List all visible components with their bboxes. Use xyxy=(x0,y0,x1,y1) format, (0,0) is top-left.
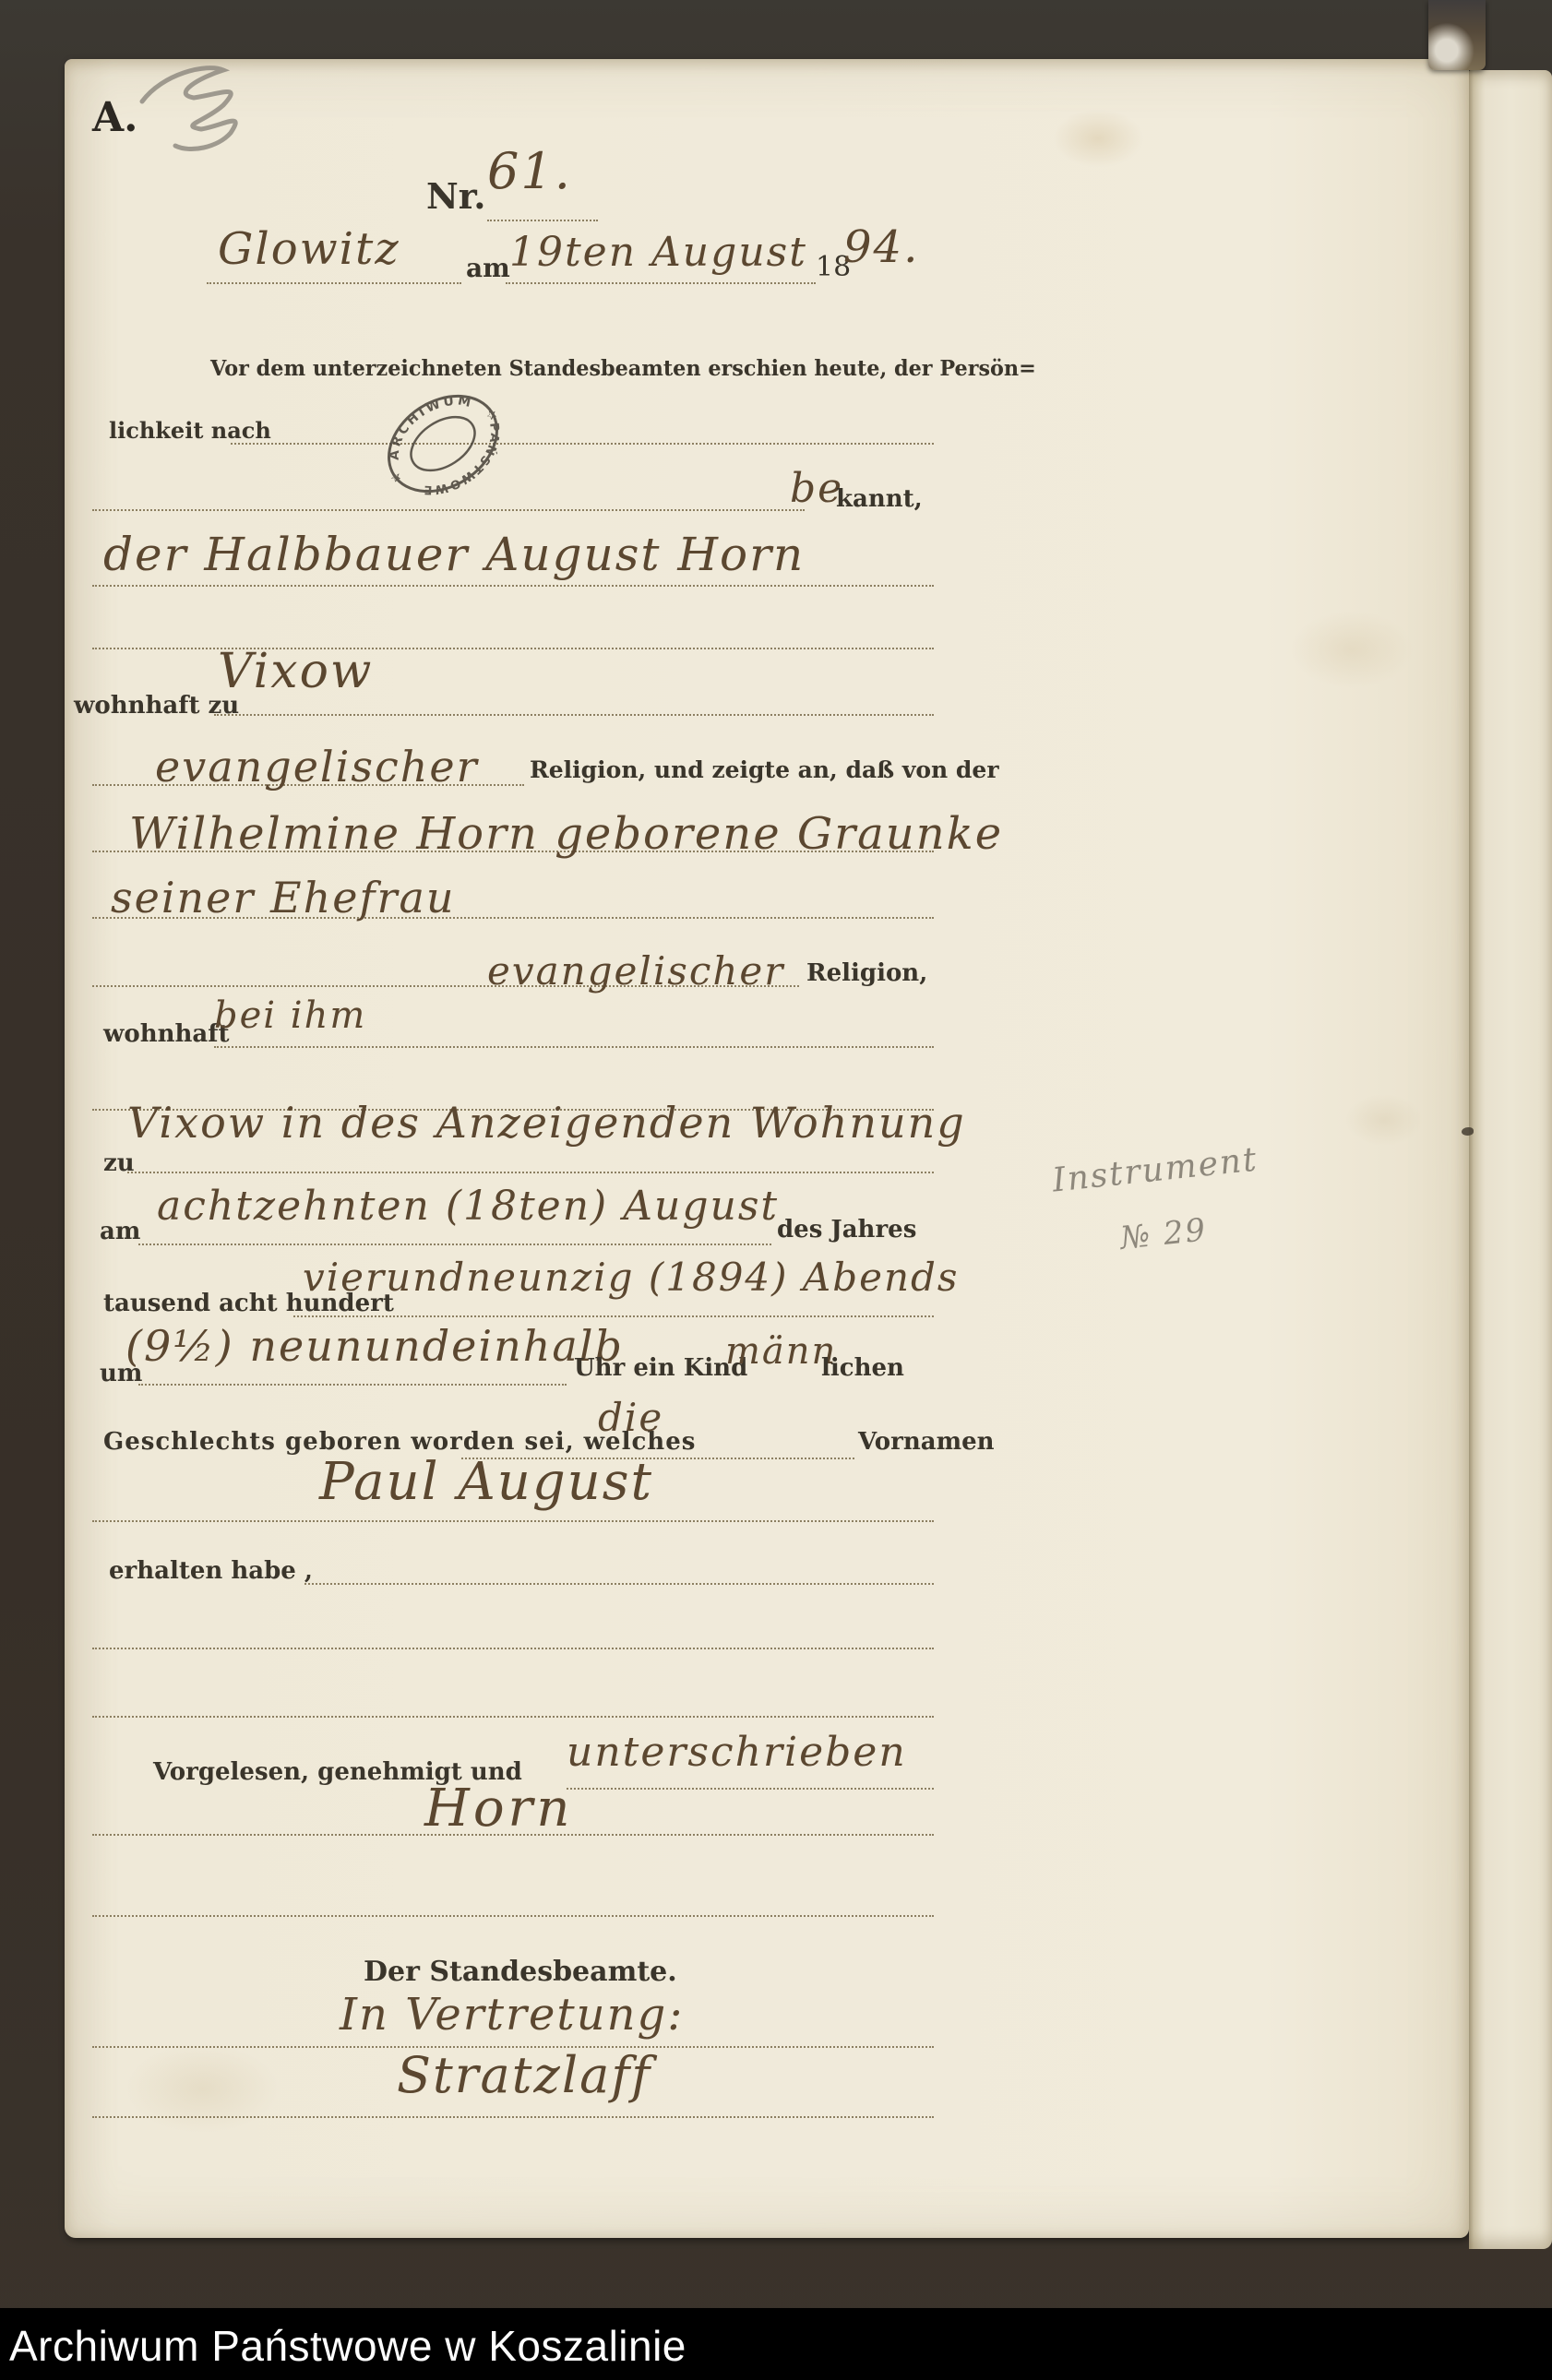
binding-clasp xyxy=(1428,0,1486,70)
corner-letter: A. xyxy=(92,94,137,141)
dotted-line xyxy=(138,1244,771,1245)
dotted-line xyxy=(487,220,598,221)
stamp-star-icon: ✰ xyxy=(484,407,500,424)
record-number-value: 61. xyxy=(487,142,572,200)
firstnames-label: Vornamen xyxy=(858,1428,995,1456)
dotted-line xyxy=(506,282,816,284)
religion2-value: evangelischer xyxy=(487,948,784,994)
footer-bar: Archiwum Państwowe w Koszalinie xyxy=(0,2308,1552,2380)
time-suffix-label: Uhr ein Kind xyxy=(574,1354,747,1382)
birthdate-label: am xyxy=(100,1218,140,1245)
intro-line2: lichkeit nach xyxy=(109,417,271,444)
date-value: 19ten August xyxy=(509,229,807,276)
dotted-line xyxy=(231,443,934,445)
place-value: Glowitz xyxy=(218,223,400,275)
religion1-label: Religion, und zeigte an, daß von der xyxy=(530,756,998,783)
year-value: 94. xyxy=(843,221,919,273)
dotted-line xyxy=(214,1046,934,1048)
gender-suffix-label: lichen xyxy=(821,1354,904,1382)
residence-value: Vixow xyxy=(218,644,373,699)
residence-label: wohnhaft zu xyxy=(74,692,239,720)
closing-value: unterschrieben xyxy=(567,1729,907,1776)
deputy-value: In Vertretung: xyxy=(340,1989,684,2041)
birthplace-label: zu xyxy=(103,1149,135,1177)
relation-value: seiner Ehefrau xyxy=(111,873,456,922)
dotted-line xyxy=(92,1520,934,1522)
birthyear-value: vierundneunzig (1894) Abends xyxy=(303,1255,959,1300)
residence2-label: wohnhaft xyxy=(103,1020,229,1048)
dotted-line xyxy=(304,1583,934,1585)
pencil-scribble-icon xyxy=(135,57,296,159)
dotted-line xyxy=(214,714,934,716)
declarant-signature: Horn xyxy=(424,1779,573,1839)
dotted-line xyxy=(92,1915,934,1917)
dotted-line xyxy=(567,1788,934,1790)
dotted-line xyxy=(92,1648,934,1649)
birthdate-suffix-label: des Jahres xyxy=(777,1216,916,1244)
register-page xyxy=(65,59,1469,2238)
religion2-label: Religion, xyxy=(806,959,927,987)
birthdate-value: achtzehnten (18ten) August xyxy=(157,1183,779,1230)
mother-value: Wilhelmine Horn geborene Graunke xyxy=(129,808,1003,860)
page-hole xyxy=(1462,1127,1474,1136)
time-value: (9½) neunundeinhalb xyxy=(125,1321,624,1371)
residence2-value: bei ihm xyxy=(214,994,366,1037)
dotted-line xyxy=(92,1716,934,1718)
dotted-line xyxy=(127,1172,934,1173)
record-number-label: Nr. xyxy=(426,175,486,217)
dotted-line xyxy=(92,2116,934,2118)
declarant-value: der Halbbauer August Horn xyxy=(103,528,805,581)
birthplace-value: Vixow in des Anzeigenden Wohnung xyxy=(127,1098,966,1148)
dotted-line xyxy=(92,585,934,587)
on-label: am xyxy=(466,253,510,283)
dotted-line xyxy=(92,509,805,511)
registrar-label: Der Standesbeamte. xyxy=(364,1956,677,1988)
article-value: die xyxy=(598,1395,663,1440)
child-name-value: Paul August xyxy=(319,1452,653,1512)
registrar-signature: Stratzlaff xyxy=(397,2046,651,2104)
next-page-edge xyxy=(1469,70,1552,2249)
archive-name-label: Archiwum Państwowe w Koszalinie xyxy=(9,2308,686,2380)
archive-oval-stamp: ARCHIWUM PAŃSTWOWE ✰ ✰ xyxy=(373,378,513,509)
received-label: erhalten habe , xyxy=(109,1557,313,1585)
dotted-line xyxy=(138,1384,567,1386)
identity-label: kannt, xyxy=(836,485,923,513)
dotted-line xyxy=(207,282,461,284)
religion1-value: evangelischer xyxy=(155,742,479,791)
intro-line1: Vor dem unterzeichneten Standesbeamten e… xyxy=(210,356,1036,381)
